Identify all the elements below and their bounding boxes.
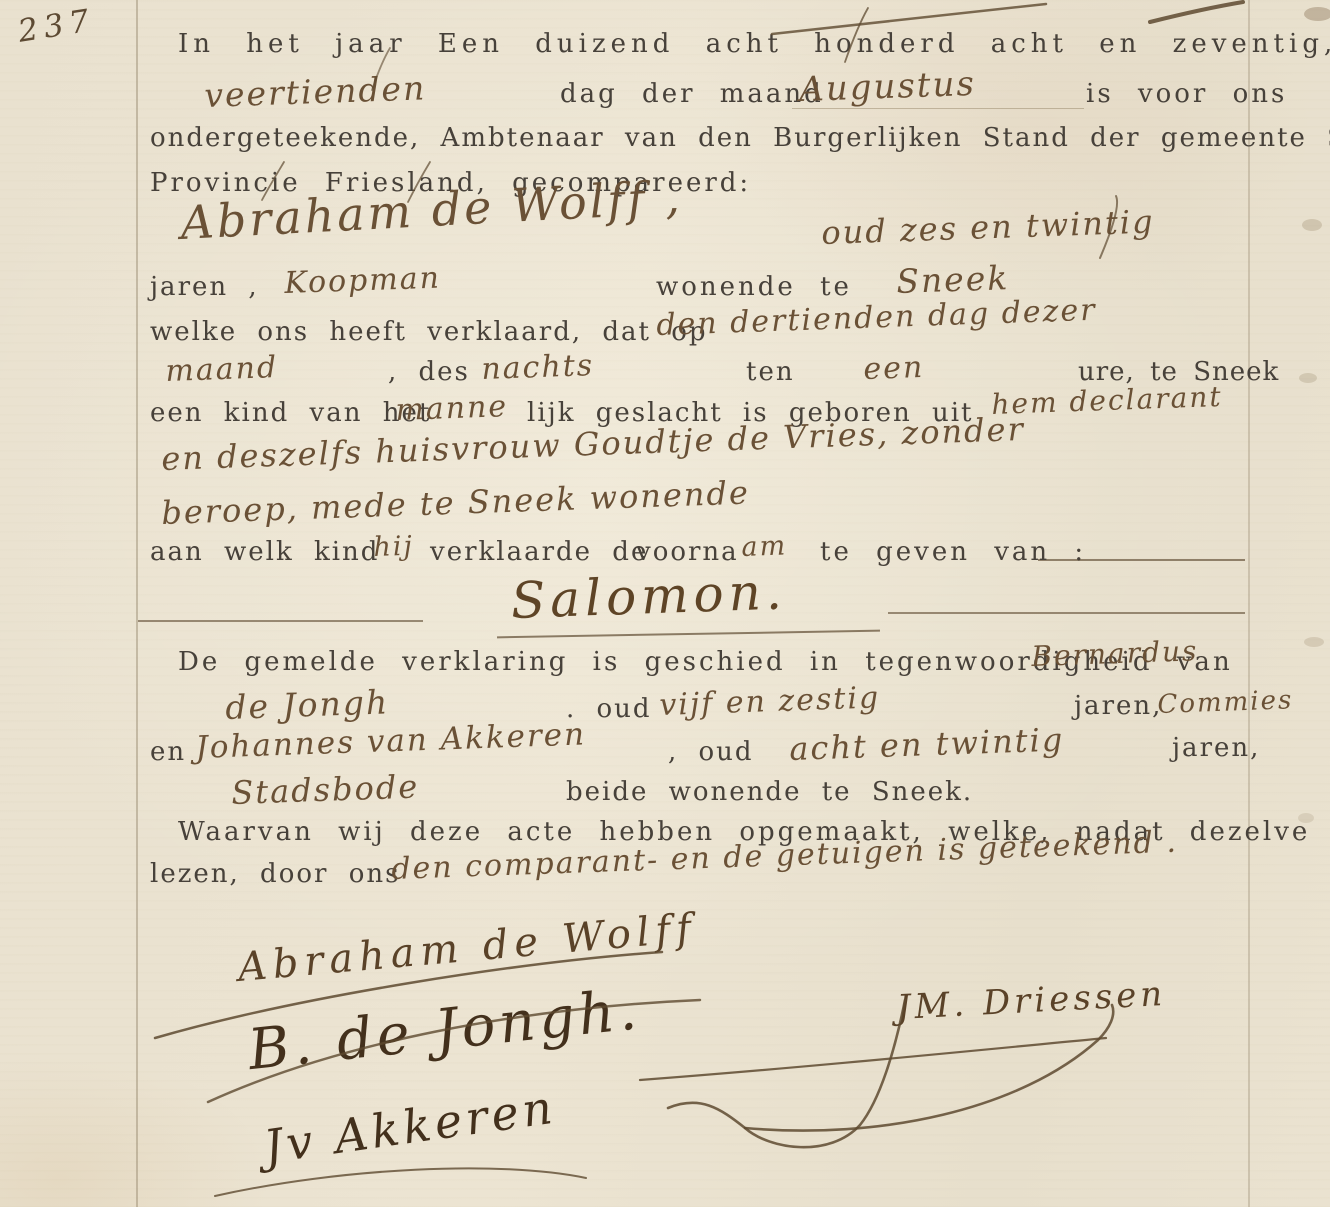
printed-beide-wonende: beide wonende te Sneek. (566, 778, 973, 807)
printed-jaren-2: jaren, (1172, 734, 1260, 763)
handwritten-witness1-occupation: Commies (1157, 685, 1294, 720)
printed-en: en (150, 738, 186, 767)
left-margin-rule (136, 0, 138, 1207)
printed-registrar-line: ondergeteekende, Ambtenaar van den Burge… (150, 124, 1330, 153)
handwritten-mother-line2: beroep, mede te Sneek wonende (161, 473, 751, 532)
signature-witness1: B. de Jongh. (245, 977, 643, 1083)
printed-oud-2: , oud (668, 738, 754, 767)
handwritten-month: Augustus (799, 64, 977, 110)
printed-declaration-intro: welke ons heeft verklaard, dat op (150, 318, 708, 347)
printed-verklaarde-de: verklaarde de (430, 538, 648, 567)
printed-child-intro: een kind van het (150, 399, 431, 428)
handwritten-witness1-age: vijf en zestig (659, 680, 881, 723)
printed-is-voor-ons: is voor ons (1086, 80, 1287, 109)
signature-flourish-registrar-loop (668, 1000, 905, 1147)
handwritten-residence: Sneek (896, 258, 1010, 301)
signature-registrar: JM. Driessen (896, 974, 1167, 1028)
handwritten-witness2-occupation: Stadsbode (231, 767, 420, 812)
signature-witness2: Jv Akkeren (260, 1080, 559, 1174)
handwritten-maand: maand (165, 350, 279, 389)
handwritten-hour: een (863, 350, 925, 387)
act-number: 237 (16, 2, 98, 50)
handwritten-declarant-age: oud zes en twintig (821, 202, 1155, 252)
handwritten-witness2-age: acht en twintig (789, 720, 1065, 768)
handwritten-gender: manne (395, 389, 509, 428)
rule-left-of-name (138, 620, 423, 622)
printed-aan-welk-kind: aan welk kind (150, 538, 379, 567)
handwritten-witness1-firstname: Bernardus (1031, 634, 1199, 673)
rule-right-of-name (888, 612, 1245, 614)
printed-jaren-1: jaren, (1074, 692, 1162, 721)
right-margin-rule (1248, 0, 1250, 1207)
printed-des: , des (388, 358, 470, 387)
handwritten-am: am (741, 530, 788, 563)
handwritten-time-of-day: nachts (481, 348, 595, 387)
handwritten-occupation: Koopman (284, 261, 442, 301)
flourish-top-corner (1150, 2, 1243, 22)
printed-year-line: In het jaar Een duizend acht honderd ach… (178, 30, 1330, 59)
printed-te-geven-van: te geven van : (820, 538, 1086, 567)
handwritten-hem-declarant: hem declarant (991, 380, 1223, 421)
signature-tail-witness1 (640, 1038, 1106, 1080)
handwritten-witness1-surname: de Jongh (225, 682, 390, 727)
printed-ten: ten (746, 358, 795, 387)
document-page: 237 In het jaar Een duizend acht honderd… (0, 0, 1330, 1207)
child-name-underline (497, 630, 880, 639)
handwritten-child-name: Salomon. (510, 562, 788, 630)
printed-voorna: voorna (636, 538, 739, 567)
printed-closing-line2: lezen, door ons (150, 860, 400, 889)
handwritten-hij: hij (373, 531, 414, 563)
printed-dag-der-maand: dag der maand (560, 80, 824, 109)
printed-jaren: jaren , (150, 273, 259, 302)
handwritten-day: veertienden (204, 68, 427, 115)
printed-wonende-te: wonende te (656, 273, 852, 302)
